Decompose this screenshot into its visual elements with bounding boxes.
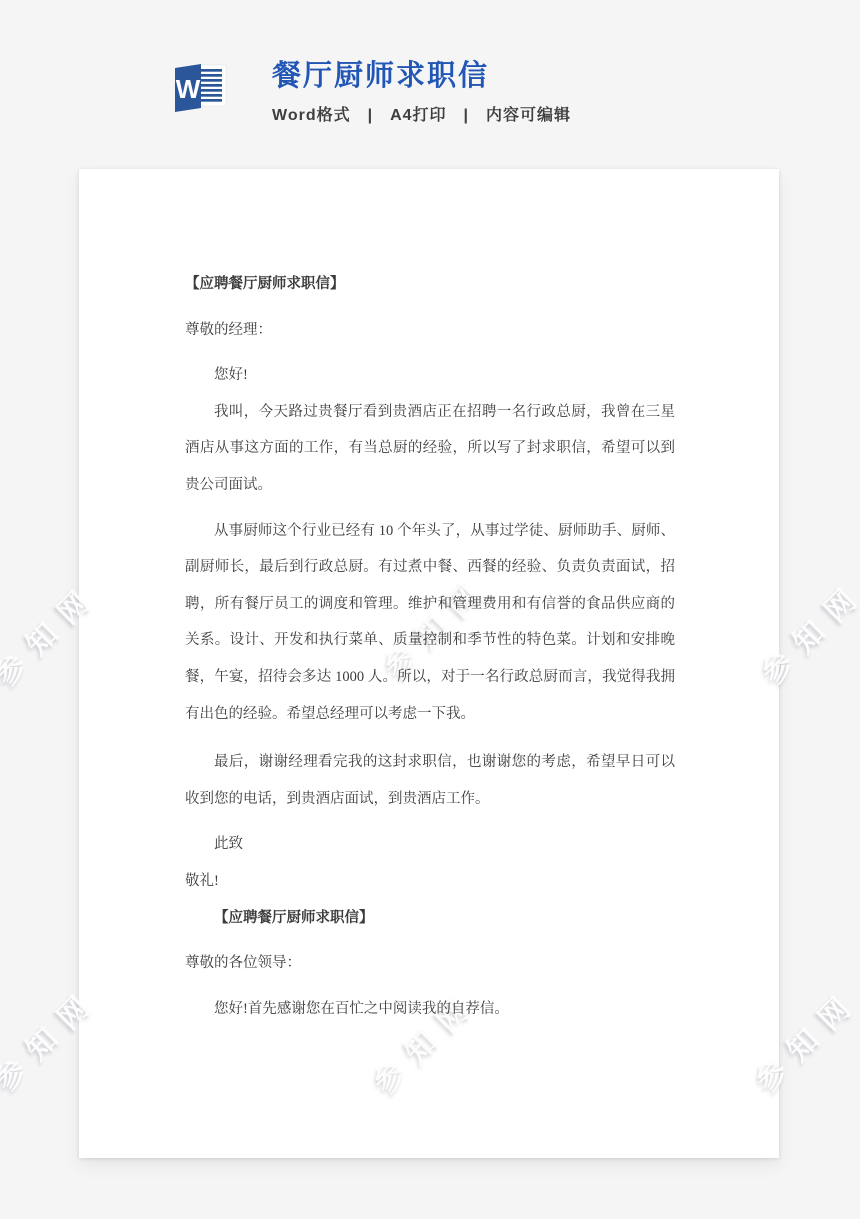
letter2-salutation: 尊敬的各位领导： <box>185 945 675 982</box>
letter-body: 【应聘餐厅厨师求职信】 尊敬的经理： 您好! 我叫，今天路过贵餐厅看到贵酒店正在… <box>185 266 675 1036</box>
word-icon-letter: W <box>176 74 201 104</box>
letter2-heading: 【应聘餐厅厨师求职信】 <box>185 900 675 937</box>
letter1-paragraph: 最后，谢谢经理看完我的这封求职信，也谢谢您的考虑，希望早日可以收到您的电话，到贵… <box>185 744 675 817</box>
letter1-salute: 敬礼! <box>185 863 675 900</box>
page-title: 餐厅厨师求职信 <box>272 53 489 94</box>
letter1-paragraph: 从事厨师这个行业已经有 10 个年头了，从事过学徒、厨师助手、厨师、副厨师长，最… <box>185 513 675 733</box>
letter1-paragraph: 我叫，今天路过贵餐厅看到贵酒店正在招聘一名行政总厨，我曾在三星酒店从事这方面的工… <box>185 394 675 504</box>
letter1-heading: 【应聘餐厅厨师求职信】 <box>185 266 675 303</box>
word-icon: W <box>171 59 231 113</box>
letter1-salutation: 尊敬的经理： <box>185 312 675 349</box>
letter1-closing: 此致 <box>185 826 675 863</box>
letter2-greeting: 您好!首先感谢您在百忙之中阅读我的自荐信。 <box>185 991 675 1028</box>
doc-format-subtitle: Word格式 | A4打印 | 内容可编辑 <box>272 102 571 125</box>
letter1-greeting: 您好! <box>185 357 675 394</box>
